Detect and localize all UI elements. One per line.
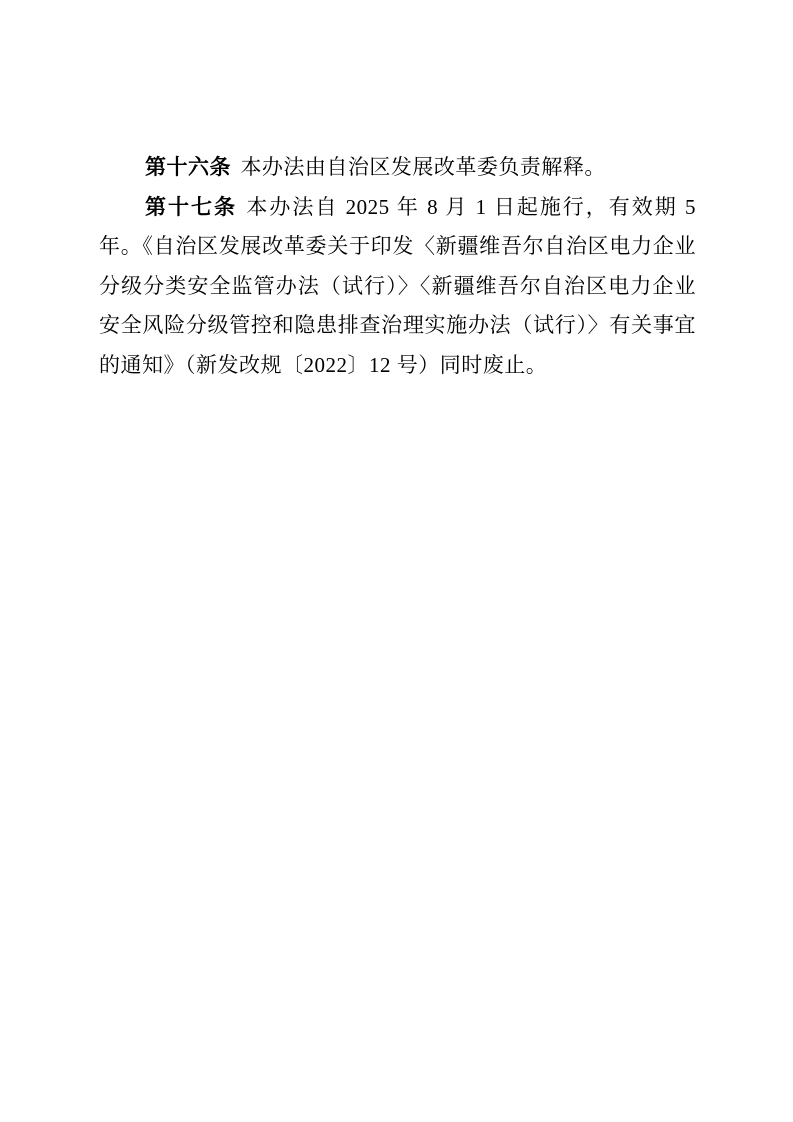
article-17-number: 第十七条 <box>145 195 237 219</box>
article-17-text: 本办法自 2025 年 8 月 1 日起施行，有效期 5 年。《自治区发展改革委… <box>99 195 696 377</box>
article-17-paragraph: 第十七条本办法自 2025 年 8 月 1 日起施行，有效期 5 年。《自治区发… <box>99 188 696 386</box>
article-16-paragraph: 第十六条本办法由自治区发展改革委负责解释。 <box>99 148 696 188</box>
article-16-number: 第十六条 <box>145 155 231 179</box>
document-page: 第十六条本办法由自治区发展改革委负责解释。 第十七条本办法自 2025 年 8 … <box>0 0 793 1122</box>
article-16-text: 本办法由自治区发展改革委负责解释。 <box>240 155 606 179</box>
